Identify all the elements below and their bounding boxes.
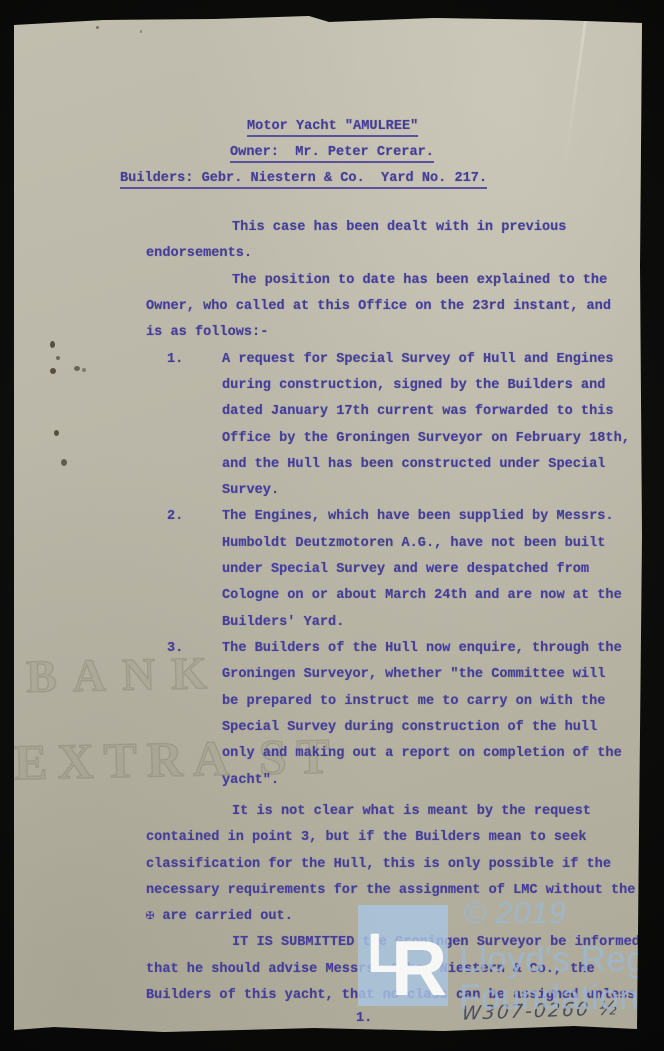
line-text: A request for Special Survey of Hull and… <box>222 352 614 367</box>
document-line: 2.The Engines, which have been supplied … <box>146 504 638 530</box>
list-number: 2. <box>167 504 183 530</box>
doc-owner-text: Owner: Mr. Peter Crerar. <box>230 145 434 163</box>
document-line: The position to date has been explained … <box>146 268 638 294</box>
document-line: Cologne on or about March 24th and are n… <box>146 583 638 609</box>
doc-builders-text: Builders: Gebr. Niestern & Co. Yard No. … <box>120 171 487 189</box>
document-line: It is not clear what is meant by the req… <box>146 799 638 825</box>
paper-stain <box>50 341 55 348</box>
list-number: 1. <box>167 347 183 373</box>
list-number: 3. <box>167 636 183 662</box>
line-text: Groningen Surveyor, whether "the Committ… <box>222 667 605 682</box>
line-text: Cologne on or about March 24th and are n… <box>222 588 622 603</box>
line-text: Special Survey during construction of th… <box>222 720 597 735</box>
line-text: The position to date has been explained … <box>232 273 607 288</box>
line-text: The Builders of the Hull now enquire, th… <box>222 641 622 656</box>
line-text: Builders' Yard. <box>222 615 344 630</box>
document-line: is as follows:- <box>146 320 638 346</box>
document-line: classification for the Hull, this is onl… <box>146 852 638 878</box>
document-line: yacht". <box>146 768 638 794</box>
doc-builders: Builders: Gebr. Niestern & Co. Yard No. … <box>120 166 487 192</box>
document-line: Survey. <box>146 478 638 504</box>
photo-background: BANK EXTRA ST Motor Yacht "AMULREE" Owne… <box>0 0 664 1051</box>
lr-logo: L R <box>358 905 448 1006</box>
document-line: contained in point 3, but if the Builder… <box>146 825 638 851</box>
document-line: and the Hull has been constructed under … <box>146 452 638 478</box>
document-line: during construction, signed by the Build… <box>146 373 638 399</box>
document-line: endorsements. <box>146 241 638 267</box>
document-line: Builders' Yard. <box>146 610 638 636</box>
line-text: under Special Survey and were despatched… <box>222 562 589 577</box>
lr-logo-letter-r: R <box>391 924 447 1006</box>
line-text: Owner, who called at this Office on the … <box>146 299 611 314</box>
line-text: dated January 17th current was forwarded… <box>222 404 614 419</box>
line-text: classification for the Hull, this is onl… <box>146 857 611 872</box>
document-line: be prepared to instruct me to carry on w… <box>146 689 638 715</box>
paper-stain <box>96 26 99 29</box>
watermark-org-line2: Foundation <box>459 978 639 1018</box>
document-line: Special Survey during construction of th… <box>146 715 638 741</box>
document-line: 1.A request for Special Survey of Hull a… <box>146 347 638 373</box>
paper-crease <box>564 17 588 166</box>
line-text: contained in point 3, but if the Builder… <box>146 830 587 845</box>
doc-title-text: Motor Yacht "AMULREE" <box>247 119 418 137</box>
watermark-copyright: © 2019 <box>463 895 566 931</box>
document-line: This case has been dealt with in previou… <box>146 215 638 241</box>
line-text: It is not clear what is meant by the req… <box>232 804 591 819</box>
paper-stain <box>61 459 67 466</box>
document-line: under Special Survey and were despatched… <box>146 557 638 583</box>
line-text: endorsements. <box>146 246 252 261</box>
document-line: Owner, who called at this Office on the … <box>146 294 638 320</box>
paper-stain <box>82 368 86 372</box>
line-text: Office by the Groningen Surveyor on Febr… <box>222 431 630 446</box>
paper-stain <box>74 366 80 371</box>
doc-owner: Owner: Mr. Peter Crerar. <box>230 140 434 166</box>
line-text: is as follows:- <box>146 325 268 340</box>
line-text: be prepared to instruct me to carry on w… <box>222 694 605 709</box>
paper-stain <box>56 356 60 360</box>
page-number: 1. <box>356 1006 372 1032</box>
line-text: and the Hull has been constructed under … <box>222 457 605 472</box>
paper-stain <box>54 430 59 436</box>
watermark-org-line1: Lloyd's Register <box>459 940 642 980</box>
line-text: Survey. <box>222 483 279 498</box>
document-line: Groningen Surveyor, whether "the Committ… <box>146 662 638 688</box>
document-line: Humboldt Deutzmotoren A.G., have not bee… <box>146 531 638 557</box>
document-line: dated January 17th current was forwarded… <box>146 399 638 425</box>
document-line: only and making out a report on completi… <box>146 741 638 767</box>
line-text: yacht". <box>222 773 279 788</box>
paper-stain <box>50 368 56 374</box>
document-line: 3.The Builders of the Hull now enquire, … <box>146 636 638 662</box>
document-page: BANK EXTRA ST Motor Yacht "AMULREE" Owne… <box>14 16 642 1034</box>
line-text: This case has been dealt with in previou… <box>232 220 566 235</box>
doc-title: Motor Yacht "AMULREE" <box>247 114 418 140</box>
line-text: only and making out a report on completi… <box>222 746 622 761</box>
line-text: ✠ are carried out. <box>146 909 293 924</box>
line-text: during construction, signed by the Build… <box>222 378 605 393</box>
line-text: The Engines, which have been supplied by… <box>222 509 614 524</box>
document-line: Office by the Groningen Surveyor on Febr… <box>146 426 638 452</box>
line-text: Humboldt Deutzmotoren A.G., have not bee… <box>222 536 605 551</box>
paper-stain <box>140 30 142 33</box>
document-body: This case has been dealt with in previou… <box>146 215 638 1009</box>
